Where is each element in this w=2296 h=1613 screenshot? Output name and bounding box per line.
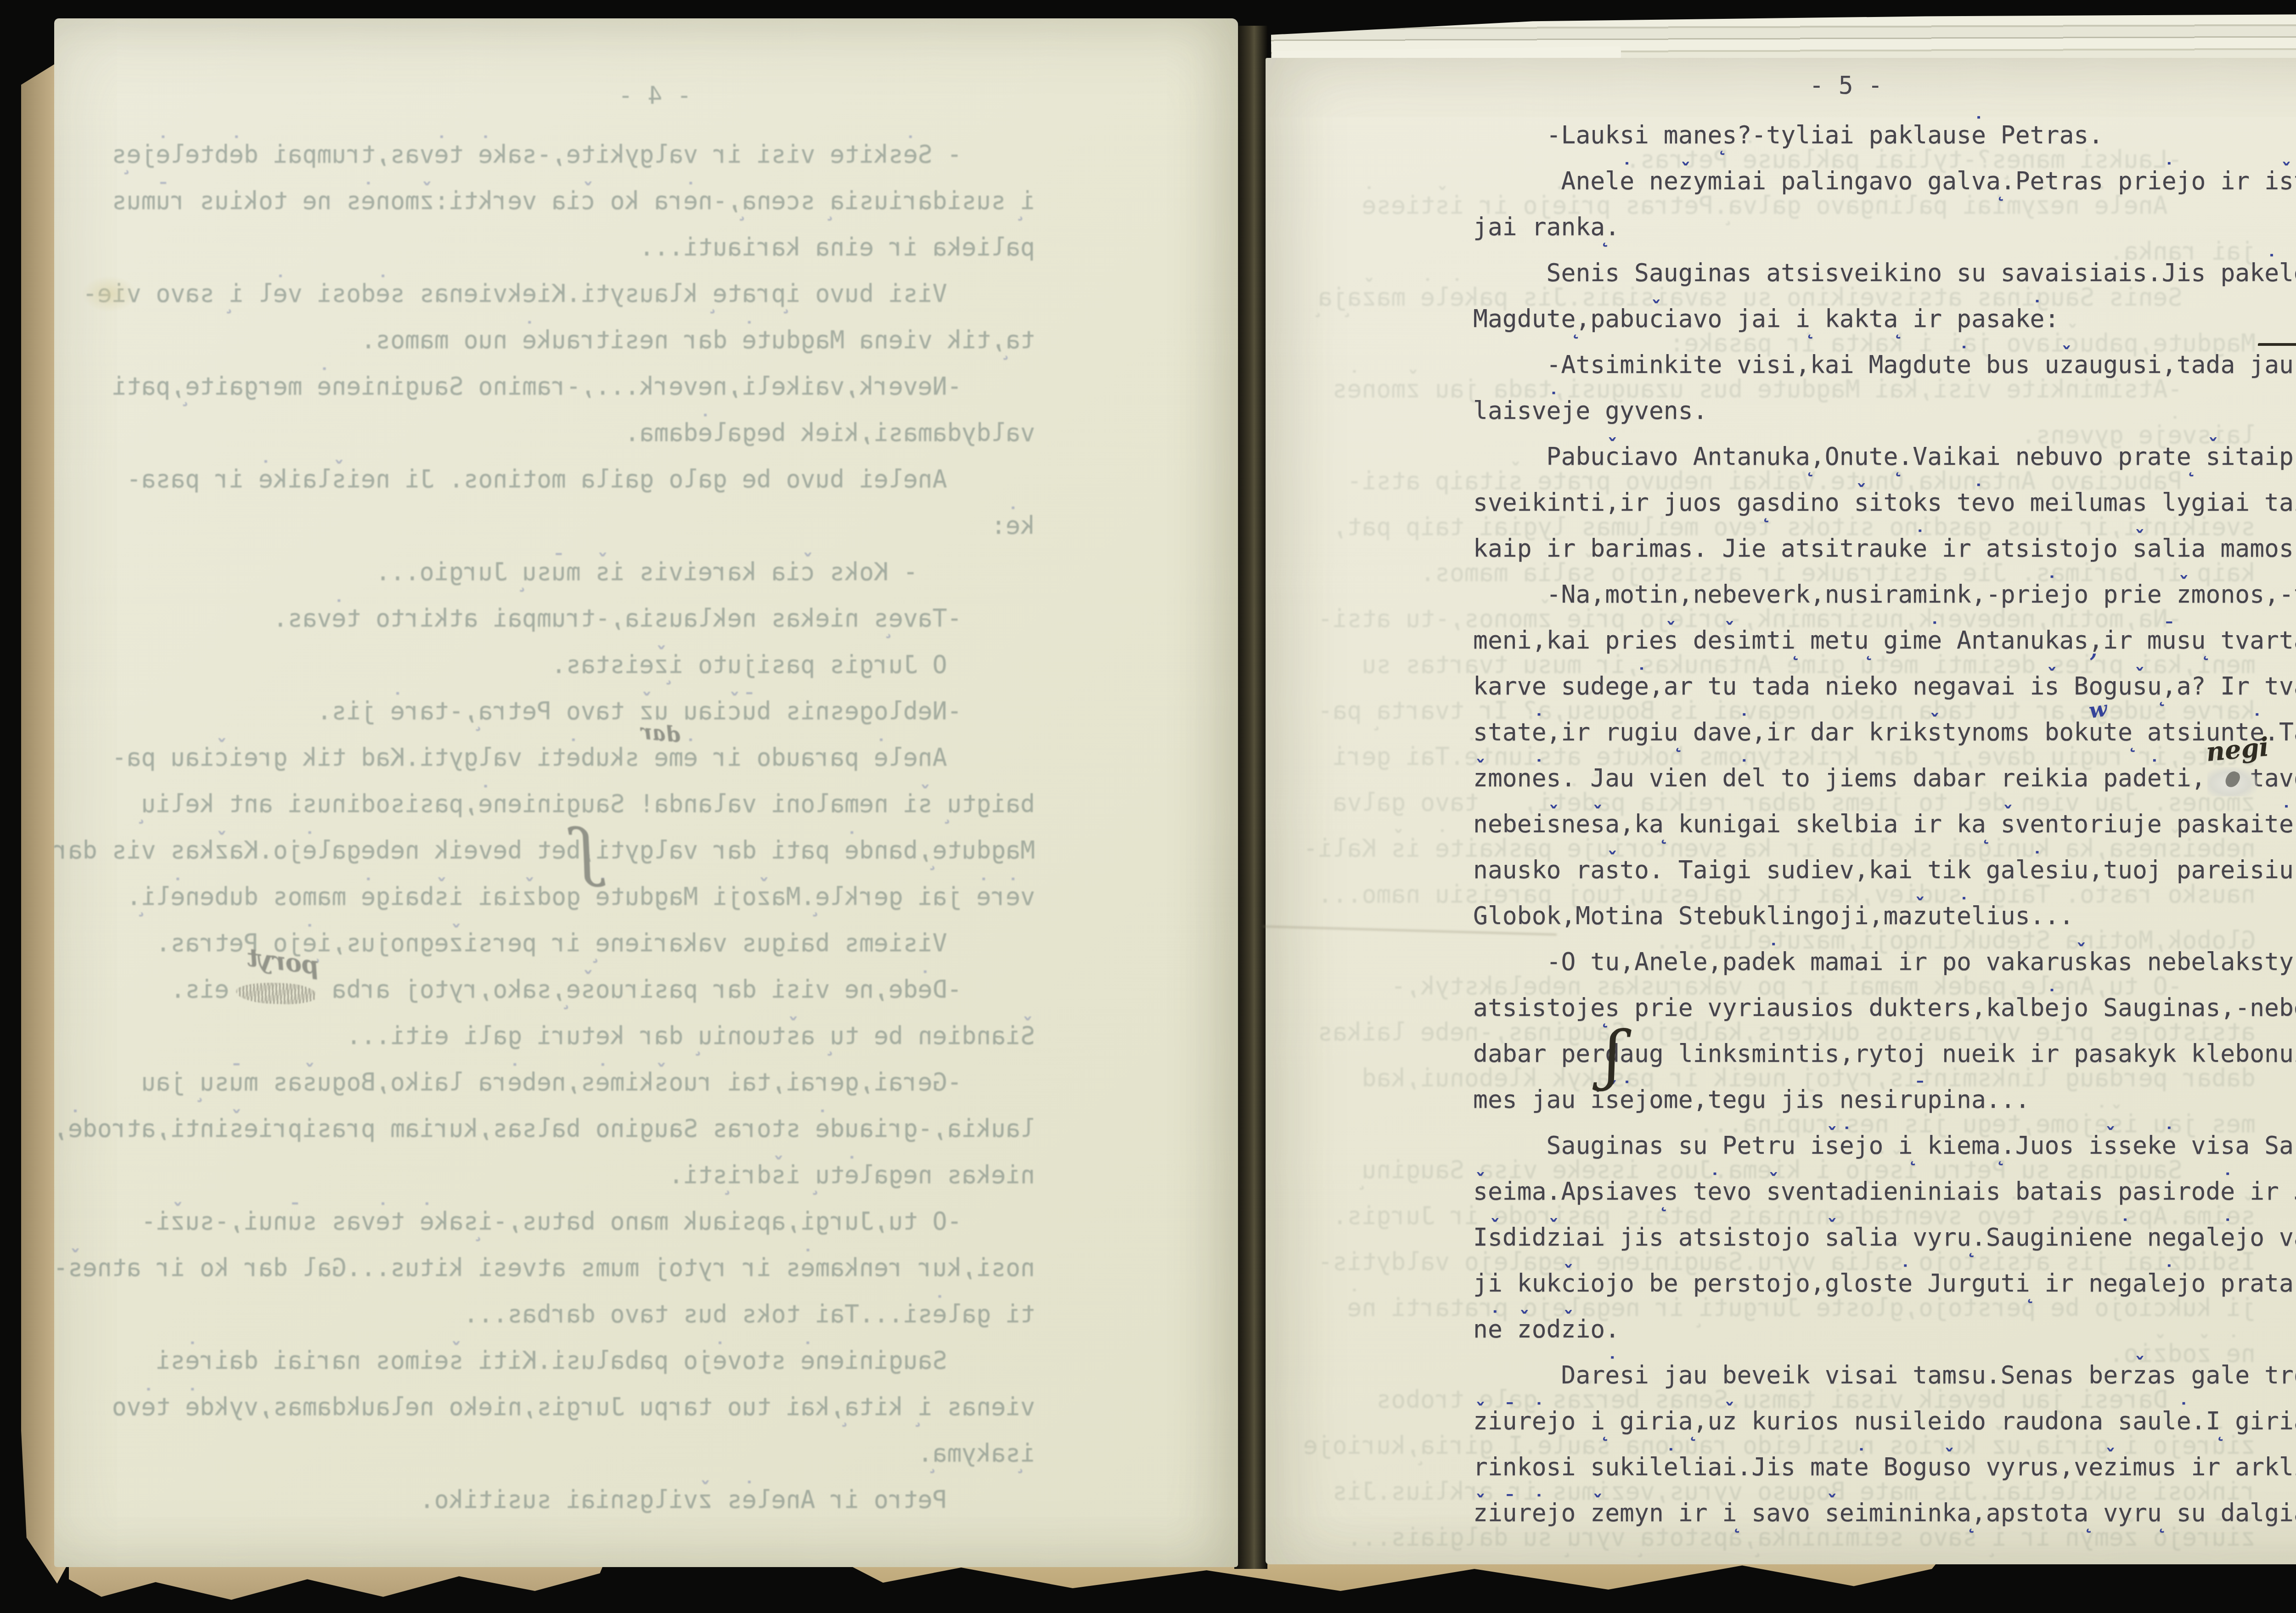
typed-line: -Neverk,vaikeli,neverk...,-ramino Saugin…	[112, 374, 962, 405]
typed-line: -Neblogesnis buˉcˇiau uzˇ tavo Petra˛,-t…	[317, 699, 962, 729]
typed-line: zˇiuˉre˙jo i˛ giria˛,uzˇ kurios nusileid…	[1473, 1409, 2296, 1439]
paper-stain	[82, 276, 137, 312]
left-page: - 4 - - Se˙skite visi ir valgykite,-sake…	[54, 18, 1238, 1567]
typed-line: Magdute˛,bande˙ pati dar valgyti,bet bev…	[53, 838, 1035, 869]
typed-line: -Na,motin,nebeverk,nusiramink,-prie˙jo p…	[1547, 582, 2296, 613]
typed-line: Sˇiandien be tu˛ asˇtuoniu˛ dar keturi g…	[346, 1024, 1035, 1054]
typed-line: vienas i˛ kita˛,kai tuo tarpu Jurgis,nie…	[112, 1395, 1035, 1425]
typed-line: karve sudege˙,ar tu tada nieko negavai i…	[1473, 674, 2296, 705]
typed-line: nausko rasˇto. Taigi sudiev,kai tik gale…	[1473, 858, 2296, 888]
bleed-through-text-layer: - 4 - - Se˙skite visi ir valgykite,-sake…	[54, 18, 1238, 1567]
typed-line: ne˙ zˇodzˇio.	[1473, 1317, 1620, 1348]
typed-line: Petro ir Anele˙s zˇvilgsniai susitiko.	[420, 1488, 947, 1518]
ink-blot	[236, 981, 317, 1005]
page-gutter	[1234, 26, 1267, 1569]
typed-line: -De˙de,ne visi dar pasiruosˇe˛,sako,ryto…	[170, 977, 962, 1008]
typed-line: palieka ir eina kariauti...	[639, 235, 1035, 265]
typed-line: zˇiuˉre˙jo zˇemyn ir i˛ savo sˇeimininka…	[1473, 1501, 2296, 1531]
handwritten-annotation: ,	[2090, 640, 2097, 660]
typed-line: mes jau isˇe˙jome,tegu jis nesiruˉpina..…	[1473, 1088, 2030, 1118]
typed-line: valdydamasi,kiek begale˙dama.	[625, 421, 1035, 451]
handwritten-annotation: poryt	[246, 945, 321, 978]
typed-line: -Gerai,gerai,tai ruosˇkime˙s,nebe˙ra lai…	[141, 1070, 962, 1100]
typed-line: Anelei buvo be galo gaila motinos. Ji ne…	[127, 467, 947, 497]
typed-line: jai ranka˛.	[1473, 215, 1620, 245]
typed-line: sveikinti,ir juos ga˛sdino sˇitoks te˙vo…	[1473, 491, 2296, 521]
typed-line: zˇmone˙s. Jau vien de˙l to jiems dabar r…	[1473, 766, 2296, 796]
scanned-typescript: - 4 - - Se˙skite visi ir valgykite,-sake…	[0, 0, 2296, 1613]
typed-line: - Se˙skite visi ir valgykite,-sake˙ te˙v…	[112, 142, 962, 173]
typed-line: Senis Sauginas atsisveikino su savaisiai…	[1547, 261, 2296, 291]
typed-line: atsistoje˛s prie vyriausios dukters,kalb…	[1473, 996, 2296, 1026]
handwritten-annotation: w	[2088, 698, 2109, 721]
typed-line: kaip ir barimas. Jie atsitrauke˙ ir atsi…	[1473, 536, 2296, 567]
typed-line: ke˙:	[991, 513, 1035, 544]
typed-line: Sauginiene˙ stove˙jo pabalusi.Kiti sˇeim…	[156, 1348, 947, 1379]
typed-line: rinkosi sukile˙liai.Jis mate˙ Bogusˇo vy…	[1473, 1455, 2296, 1485]
typed-line: Anele˙ paraudo ir e˙me˙ skube˙ti valgyti…	[112, 745, 947, 776]
typed-text-layer: - 5 - -Lauksi mane˛s?-tyliai paklause˙ P…	[1266, 58, 2296, 1564]
page-number-left: - 4 -	[618, 84, 692, 108]
typed-line: ti gale˙si...Tai toks bus tavo darbas...	[464, 1302, 1035, 1332]
typed-line: ve˙re˙ jai gerkle˛.Mazˇoji Magdute˙ godz…	[127, 885, 1035, 915]
typed-line: nosi,kur renkame˙s ir rytoj mums atvesi …	[53, 1256, 1035, 1286]
handwritten-annotation: dar	[640, 721, 681, 745]
typed-line: Magdute˛,pabucˇiavo jai i˛ kakta˛ ir pas…	[1473, 307, 2059, 337]
typed-line: ji kukcˇiojo be perstojo,gloste˙ Jurguti…	[1473, 1271, 2296, 1302]
typed-line: niekas negale˙tu˛ isˇdri˛sti.	[669, 1163, 1035, 1193]
typed-line: dabar perdaug linksmintis,rytoj nueik ir…	[1473, 1042, 2296, 1072]
typed-line: laisve˙je gyvens.	[1473, 399, 1708, 429]
typed-line: nebeisˇnesˇa,ka˛ kunigai skelbia ir ka˛ …	[1473, 812, 2296, 842]
typed-line: Globok,Motina Stebuklingoji,mazˇute˙lius…	[1473, 904, 2074, 934]
typed-line: -Lauksi mane˛s?-tyliai paklause˙ Petras.	[1547, 123, 2104, 153]
typed-line: i˛sakyma˛.	[918, 1441, 1035, 1472]
typed-line: Sauginas su Petru isˇe˙jo i˛ kiema˛.Juos…	[1547, 1134, 2296, 1164]
typed-line: ta˛,tik viena Magdute˙ dar nesitrauke˙ n…	[361, 328, 1035, 358]
typed-line: -O tu,Anele,pade˙k mamai ir po vakarusˇk…	[1547, 950, 2296, 980]
typed-line: Dare˙si jau beveik visai tamsu.Senas ber…	[1561, 1363, 2296, 1393]
page-number-right: - 5 -	[1809, 73, 1883, 98]
typed-line: laukia,-griaude˙ storas Saugino balsas,k…	[53, 1117, 1035, 1147]
handwritten-annotation: negi	[2205, 734, 2270, 765]
typed-line: -Tave˛s niekas neklausia,-trumpai atkirt…	[273, 606, 962, 637]
handwritten-annotation: ʃ	[1604, 1023, 1622, 1088]
typed-line: sˇeima.Apsiave˛s te˙vo sˇventadieniniais…	[1473, 1179, 2296, 1210]
ink-blot	[2207, 767, 2257, 796]
typed-line: -O tu,Jurgi,apsiauk mano batus,-i˛sake˙ …	[141, 1209, 962, 1240]
typed-line: state˙,ir rugiu˛ dave˙,ir dar kriksˇtyno…	[1473, 720, 2296, 750]
handwritten-annotation: ʃ	[577, 821, 594, 883]
typed-line: i˛ susidariusia˛ scena˛,-ne˙ra ko cˇia v…	[112, 189, 1035, 219]
typed-line: Anele˙ nezˇymiai palingavo galva˛.Petras…	[1561, 169, 2296, 199]
typed-line: O Jurgis pasijuto i˛zˇeistas.	[551, 653, 947, 683]
typed-line: Isˇdidzˇiai jis atsistojo sˇalia vyru˛.S…	[1473, 1225, 2296, 1256]
right-page: -Lauksi mane˛s?-tyliai paklause˙ Petras.…	[1266, 58, 2296, 1564]
typed-line: Visi buvo i˛prate˛ klausyti.Kiekvienas s…	[83, 282, 947, 312]
typed-line: meni,kai priesˇ desˇimti˛ metu˛ gime˙ An…	[1473, 628, 2296, 659]
typed-line: Pabucˇiavo Antanuka˛,Onute˛.Vaikai nebuv…	[1547, 445, 2296, 475]
typed-line: -Atsiminkite visi,kai Magdute˙ bus uzˇau…	[1547, 353, 2296, 383]
typed-line: - Koks cˇia kareivis isˇ muˉsu˛ Jurgio..…	[376, 560, 918, 590]
